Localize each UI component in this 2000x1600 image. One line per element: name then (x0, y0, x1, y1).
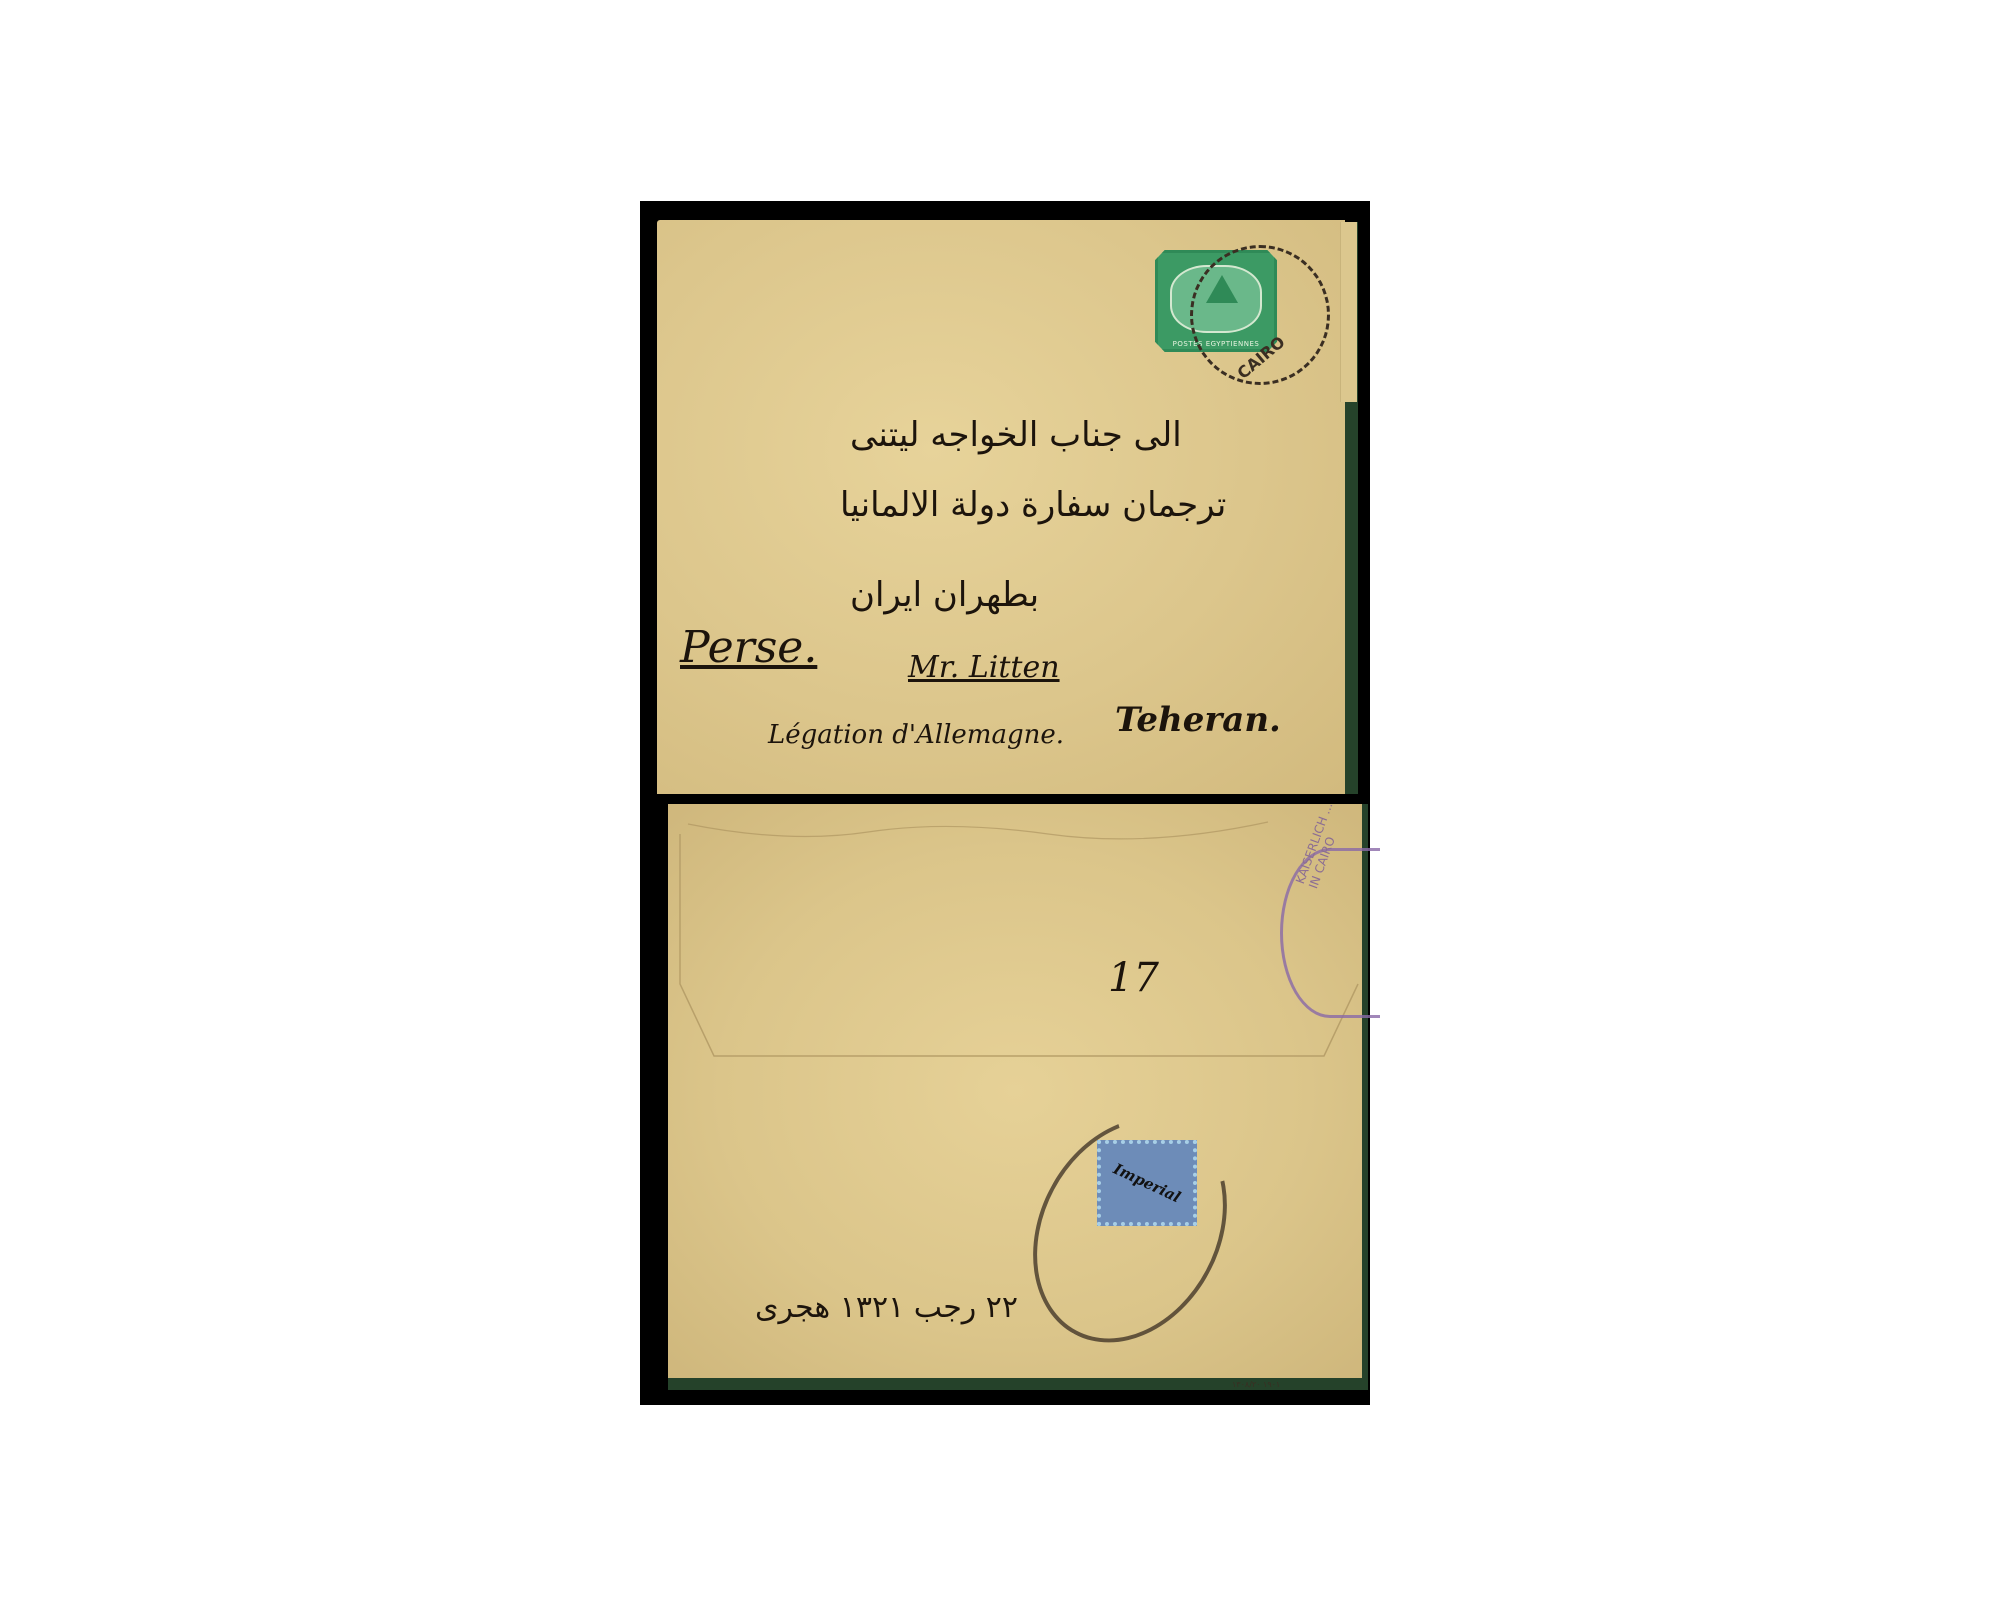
legation-line: Légation d'Allemagne. (768, 720, 1064, 750)
postmark-city: CAIRO (1233, 332, 1288, 383)
german-legation-seal: KAISERLICH ... IN CAIRO (1280, 848, 1380, 1018)
persian-lion-sun-stamp-icon: Imperial (1097, 1140, 1197, 1226)
back-number: 17 (1108, 955, 1159, 1001)
cairo-postmark: CAIRO (1190, 245, 1330, 385)
arabic-address-line-2: ترجمان سفارة دولة الالمانيا (840, 485, 1226, 525)
stamp-overprint: Imperial (1111, 1160, 1184, 1207)
arabic-address-line-1: الى جناب الخواجه ليتنى (850, 415, 1182, 455)
envelope-front-flap-edge (1340, 222, 1357, 402)
country-perse: Perse. (680, 622, 817, 673)
arabic-address-line-3: بطهران ايران (850, 575, 1039, 615)
recipient-name: Mr. Litten (908, 650, 1060, 685)
city-teheran: Teheran. (1115, 700, 1281, 740)
arabic-date-note: ۲۲ رجب ۱۳۲۱ هجری (755, 1290, 1018, 1325)
bottom-pencil-note: ۱۳۰۸/۲۰ ۱۹۰۱ (1232, 1380, 1280, 1389)
